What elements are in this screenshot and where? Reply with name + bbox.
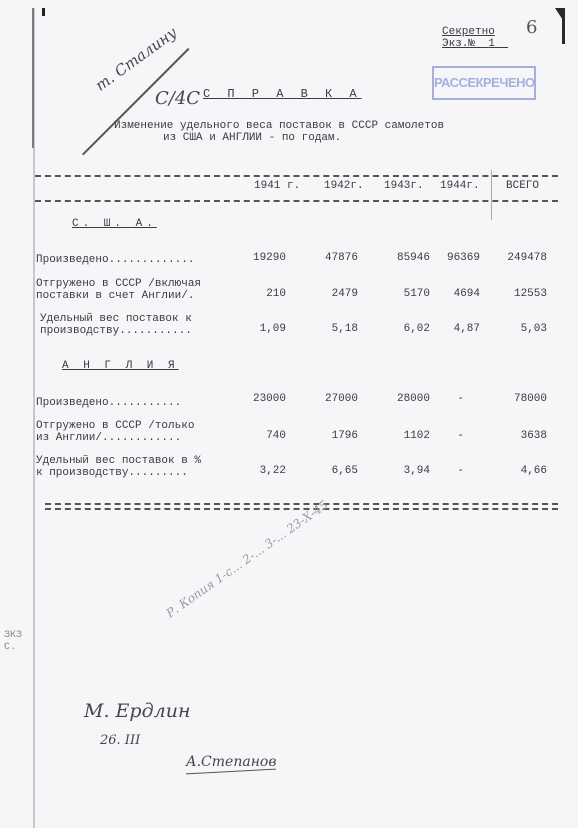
england-produced-total: 78000 <box>497 393 547 405</box>
classification-block: Секретно Экз.№ 1 <box>442 26 508 50</box>
england-shipped-1941: 740 <box>240 430 286 442</box>
table-column-divider <box>491 170 492 220</box>
col-header-1942: 1942г. <box>324 180 364 192</box>
england-produced-1941: 23000 <box>240 393 286 405</box>
usa-produced-1943: 85946 <box>384 252 430 264</box>
col-header-1941: 1941 г. <box>254 180 300 192</box>
usa-share-1941: 1,09 <box>240 323 286 335</box>
col-header-total: ВСЕГО <box>506 180 539 192</box>
england-share-1943: 3,94 <box>384 465 430 477</box>
section-england-heading: А Н Г Л И Я <box>62 360 179 372</box>
england-share-1942: 6,65 <box>312 465 358 477</box>
england-shipped-1942: 1796 <box>312 430 358 442</box>
usa-shipped-1943: 5170 <box>384 288 430 300</box>
classification-label: Секретно <box>442 26 508 38</box>
document-subtitle-line2: из США и АНГЛИИ - по годам. <box>163 132 341 144</box>
section-usa-heading: С. Ш. А. <box>72 218 157 230</box>
usa-produced-1944: 96369 <box>434 252 480 264</box>
usa-share-1944: 4,87 <box>434 323 480 335</box>
england-share-total: 4,66 <box>497 465 547 477</box>
signature-date: 26. III <box>100 733 140 748</box>
england-produced-1944: - <box>436 393 464 405</box>
declassified-stamp: РАССЕКРЕЧЕНО <box>432 66 536 100</box>
col-header-1944: 1944г. <box>440 180 480 192</box>
england-shipped-label-line2: из Англии/............ <box>36 432 181 444</box>
signature-2: А.Степанов <box>186 754 277 770</box>
signature-1: М. Ердлин <box>84 700 190 722</box>
england-share-label-line1: Удельный вес поставок в % <box>36 455 201 467</box>
margin-stub: ЗКЗ С. <box>4 630 22 654</box>
usa-produced-label: Произведено............. <box>36 254 194 266</box>
usa-produced-1942: 47876 <box>312 252 358 264</box>
usa-shipped-label-line1: Отгружено в СССР /включая <box>36 278 201 290</box>
england-produced-1943: 28000 <box>384 393 430 405</box>
table-header-rule <box>35 200 558 202</box>
usa-shipped-1942: 2479 <box>312 288 358 300</box>
england-share-1944: - <box>436 465 464 477</box>
handwritten-initials: C/4C <box>155 88 200 109</box>
usa-produced-total: 249478 <box>497 252 547 264</box>
margin-line-dark <box>32 8 34 148</box>
england-shipped-total: 3638 <box>497 430 547 442</box>
col-header-1943: 1943г. <box>384 180 424 192</box>
england-produced-1942: 27000 <box>312 393 358 405</box>
usa-share-1943: 6,02 <box>384 323 430 335</box>
england-produced-label: Произведено........... <box>36 397 181 409</box>
copy-label: Экз.№ <box>442 38 475 50</box>
handwritten-note-top: т. Сталину <box>92 23 180 94</box>
england-shipped-1944: - <box>436 430 464 442</box>
usa-shipped-1944: 4694 <box>434 288 480 300</box>
document-subtitle-line1: Изменение удельного веса поставок в СССР… <box>114 120 444 132</box>
usa-share-1942: 5,18 <box>312 323 358 335</box>
handwritten-distribution-note: Р. Копия 1-с... 2-... 3-... 23-Х-45 <box>162 496 331 622</box>
document-title: С П Р А В К А <box>203 87 362 101</box>
usa-share-label-line1: Удельный вес поставок к <box>40 313 192 325</box>
table-top-rule <box>35 175 558 177</box>
usa-share-label-line2: производству........... <box>40 325 192 337</box>
england-shipped-label-line1: Отгружено в СССР /только <box>36 420 194 432</box>
usa-shipped-total: 12553 <box>497 288 547 300</box>
usa-produced-1941: 19290 <box>240 252 286 264</box>
usa-shipped-1941: 210 <box>240 288 286 300</box>
england-share-1941: 3,22 <box>240 465 286 477</box>
margin-stub-line1: ЗКЗ <box>4 630 22 642</box>
copy-number-line: Экз.№ 1 <box>442 38 508 50</box>
england-share-label-line2: к производству......... <box>36 467 188 479</box>
england-shipped-1943: 1102 <box>384 430 430 442</box>
usa-share-total: 5,03 <box>497 323 547 335</box>
page-number: 6 <box>526 17 537 38</box>
margin-stub-line2: С. <box>4 642 22 654</box>
folded-corner <box>555 8 565 44</box>
margin-tick <box>42 8 45 16</box>
usa-shipped-label-line2: поставки в счет Англии/. <box>36 290 194 302</box>
copy-number: 1 <box>488 38 495 50</box>
